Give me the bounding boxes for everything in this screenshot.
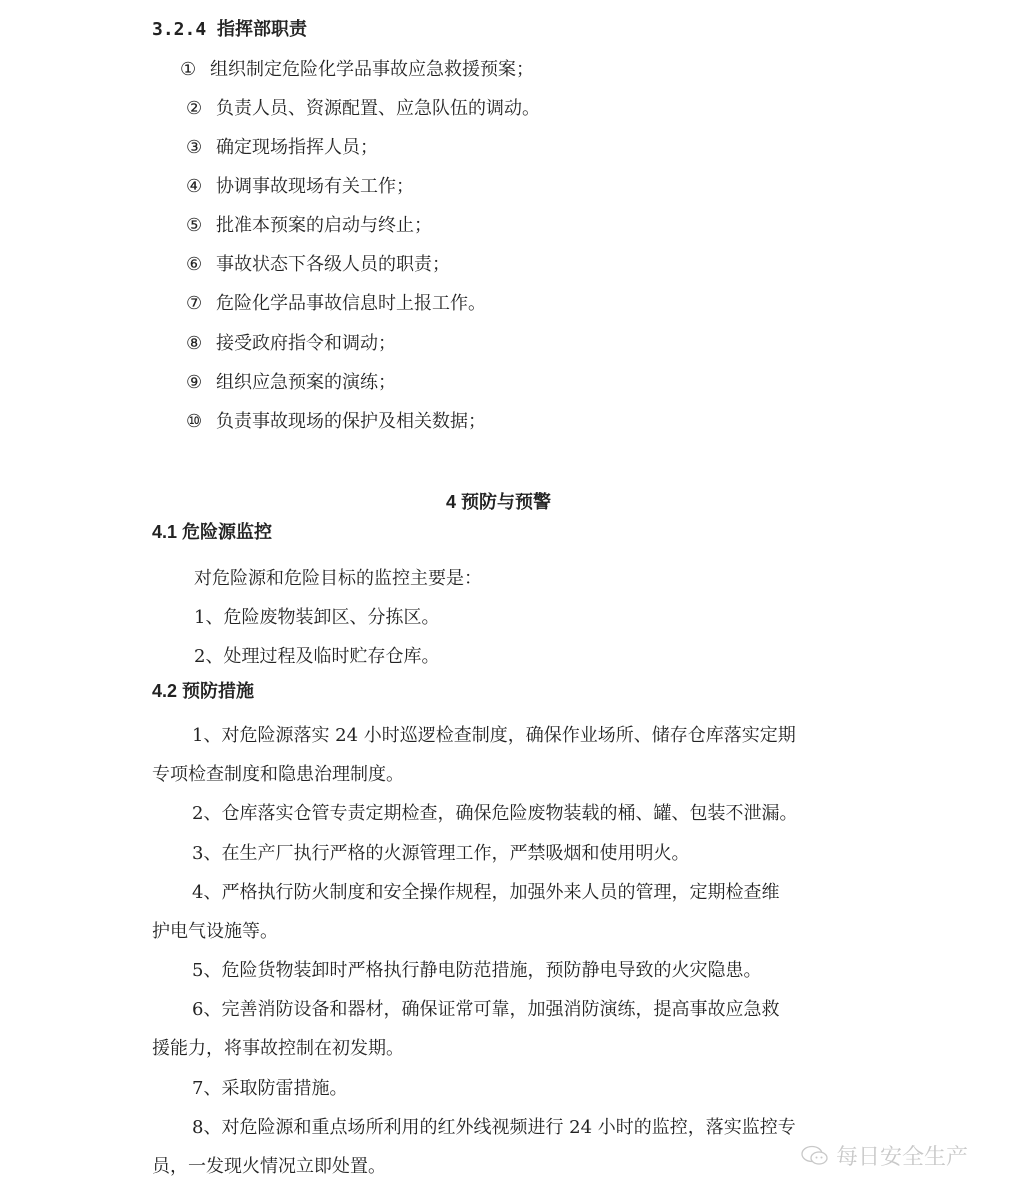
paragraph-line: 7、采取防雷措施。: [192, 1077, 347, 1101]
wechat-icon: [800, 1145, 830, 1167]
list-item: ⑥事故状态下各级人员的职责；: [186, 253, 450, 277]
paragraph-line: 4、严格执行防火制度和安全操作规程，加强外来人员的管理，定期检查维: [192, 881, 779, 905]
list-item: ⑩负责事故现场的保护及相关数据；: [186, 410, 486, 434]
section-heading-4-2: 4.2 预防措施: [152, 679, 254, 703]
paragraph-line: 5、危险货物装卸时严格执行静电防范措施，预防静电导致的火灾隐患。: [192, 959, 761, 983]
watermark: 每日安全生产: [800, 1140, 968, 1171]
paragraph-line: 护电气设施等。: [152, 920, 278, 944]
list-item: ⑦危险化学品事故信息时上报工作。: [186, 292, 486, 316]
list-item: ②负责人员、资源配置、应急队伍的调动。: [186, 97, 540, 121]
list-item: ④协调事故现场有关工作；: [186, 175, 414, 199]
watermark-text: 每日安全生产: [836, 1140, 968, 1171]
paragraph-line: 8、对危险源和重点场所利用的红外线视频进行 24 小时的监控，落实监控专: [192, 1116, 796, 1140]
list-item: ③确定现场指挥人员；: [186, 136, 378, 160]
paragraph-line: 员，一发现火情况立即处置。: [152, 1155, 386, 1179]
list-item: ⑤批准本预案的启动与终止；: [186, 214, 432, 238]
list-item: ①组织制定危险化学品事故应急救援预案；: [180, 58, 534, 82]
section-heading-3-2-4: 3.2.4 指挥部职责: [152, 18, 307, 42]
paragraph-line: 6、完善消防设备和器材，确保证常可靠，加强消防演练，提高事故应急救: [192, 998, 779, 1022]
list-item: ⑨组织应急预案的演练；: [186, 371, 396, 395]
section-heading-4-1: 4.1 危险源监控: [152, 520, 272, 544]
list-item: 2、处理过程及临时贮存仓库。: [194, 645, 439, 669]
chapter-title: 4 预防与预警: [446, 490, 551, 514]
paragraph-line: 1、对危险源落实 24 小时巡逻检查制度，确保作业场所、储存仓库落实定期: [192, 724, 796, 748]
paragraph-intro: 对危险源和危险目标的监控主要是：: [194, 567, 482, 591]
paragraph-line: 3、在生产厂执行严格的火源管理工作，严禁吸烟和使用明火。: [192, 842, 689, 866]
paragraph-line: 援能力，将事故控制在初发期。: [152, 1037, 404, 1061]
list-item: 1、危险废物装卸区、分拣区。: [194, 606, 439, 630]
paragraph-line: 专项检查制度和隐患治理制度。: [152, 763, 404, 787]
list-item: ⑧接受政府指令和调动；: [186, 332, 396, 356]
paragraph-line: 2、仓库落实仓管专责定期检查，确保危险废物装载的桶、罐、包装不泄漏。: [192, 802, 797, 826]
